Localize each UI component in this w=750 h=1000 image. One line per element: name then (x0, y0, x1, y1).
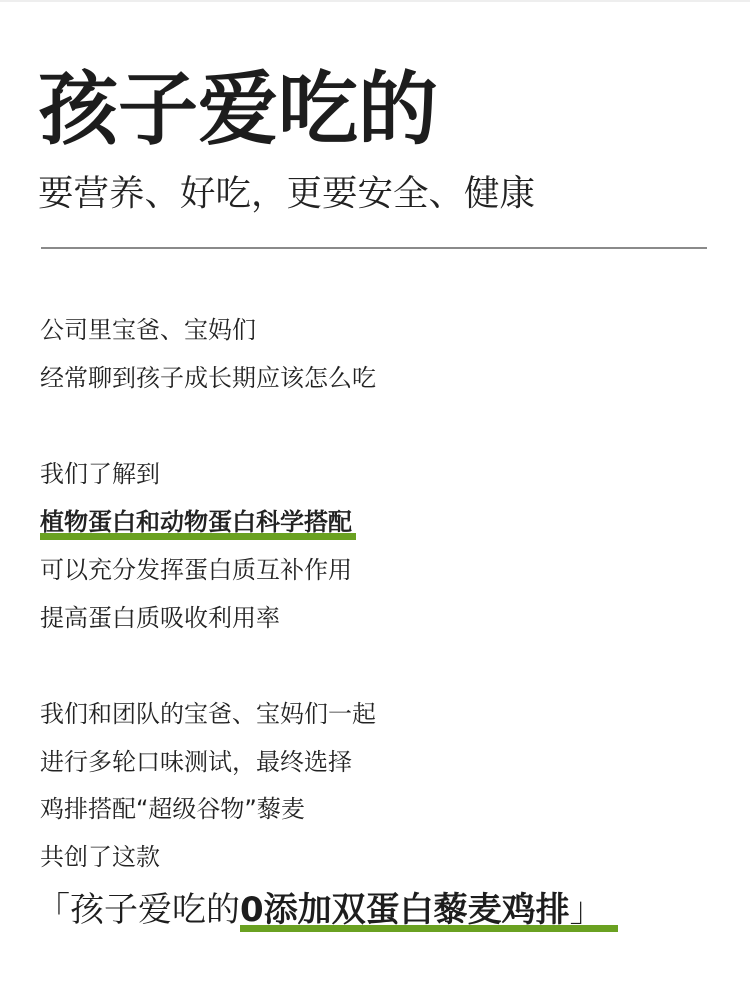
body-line: 我们和团队的宝爸、宝妈们一起 (40, 699, 376, 729)
highlighted-line: 植物蛋白和动物蛋白科学搭配 (40, 507, 352, 537)
body-line: 可以充分发挥蛋白质互补作用 (40, 555, 352, 585)
body-line: 公司里宝爸、宝妈们 (40, 315, 256, 345)
divider (41, 247, 707, 249)
body-line: 我们了解到 (40, 459, 160, 489)
top-edge-rule (0, 0, 750, 2)
close-bracket: 」 (570, 890, 604, 930)
page-title: 孩子爱吃的 (38, 62, 438, 158)
body-line: 提高蛋白质吸收利用率 (40, 603, 280, 633)
body-line: 进行多轮口味测试，最终选择 (40, 747, 352, 777)
product-name-highlight: 0添加双蛋白藜麦鸡排」 (240, 888, 604, 932)
highlight-text: 植物蛋白和动物蛋白科学搭配 (40, 507, 352, 537)
product-name-line: 「孩子爱吃的0添加双蛋白藜麦鸡排」 (36, 888, 604, 932)
body-line: 鸡排搭配“超级谷物”藜麦 (40, 794, 305, 824)
body-line: 经常聊到孩子成长期应该怎么吃 (40, 363, 376, 393)
page-subtitle: 要营养、好吃，更要安全、健康 (38, 172, 535, 216)
product-name-prefix: 孩子爱吃的 (70, 890, 240, 930)
product-name-highlight-text: 0添加双蛋白藜麦鸡排 (240, 890, 570, 930)
body-line: 共创了这款 (40, 842, 160, 872)
open-bracket: 「 (36, 890, 70, 930)
